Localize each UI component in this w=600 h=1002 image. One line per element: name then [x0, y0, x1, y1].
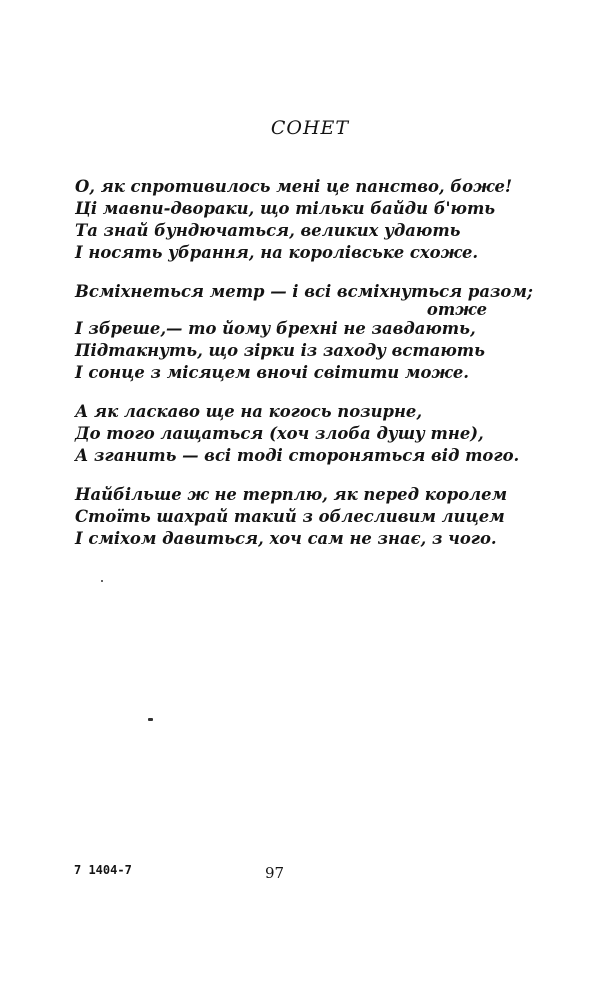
poem-line: І збреше,— то йому брехні не завдають, [75, 318, 495, 340]
poem-line: Підтакнуть, що зірки із заходу встають [75, 340, 495, 362]
poem-line: Ці мавпи-двораки, що тільки байди б'ють [75, 198, 495, 220]
page-number: 97 [265, 864, 284, 882]
poem-line: А як ласкаво ще на когось позирне, [75, 401, 495, 423]
poem-line: А зганить — всі тоді стороняться від тог… [75, 445, 495, 467]
poem-line: Найбільше ж не терплю, як перед королем [75, 484, 495, 506]
poem-body: О, як спротивилось мені це панство, боже… [75, 176, 495, 567]
stanza-3: А як ласкаво ще на когось позирне, До то… [75, 401, 495, 467]
stanza-4: Найбільше ж не терплю, як перед королем … [75, 484, 495, 550]
poem-title: СОНЕТ [10, 117, 600, 139]
poem-line: О, як спротивилось мені це панство, боже… [75, 176, 495, 198]
printer-signature: 7 1404-7 [74, 863, 132, 877]
poem-line: До того лащаться (хоч злоба душу тне), [75, 423, 495, 445]
stanza-1: О, як спротивилось мені це панство, боже… [75, 176, 495, 264]
book-page: СОНЕТ О, як спротивилось мені це панство… [0, 0, 600, 1002]
poem-line: І носять убрання, на королівське схоже. [75, 242, 495, 264]
poem-line: І сміхом давиться, хоч сам не знає, з чо… [75, 528, 495, 550]
poem-line: І сонце з місяцем вночі світити може. [75, 362, 495, 384]
poem-line: Та знай бундючаться, великих удають [75, 220, 495, 242]
scan-speck [412, 541, 415, 543]
stanza-2: Всміхнеться метр — і всі всміхнуться раз… [75, 281, 495, 384]
scan-speck [148, 718, 153, 721]
scan-speck [101, 580, 103, 582]
poem-line: Стоїть шахрай такий з облесливим лицем [75, 506, 495, 528]
